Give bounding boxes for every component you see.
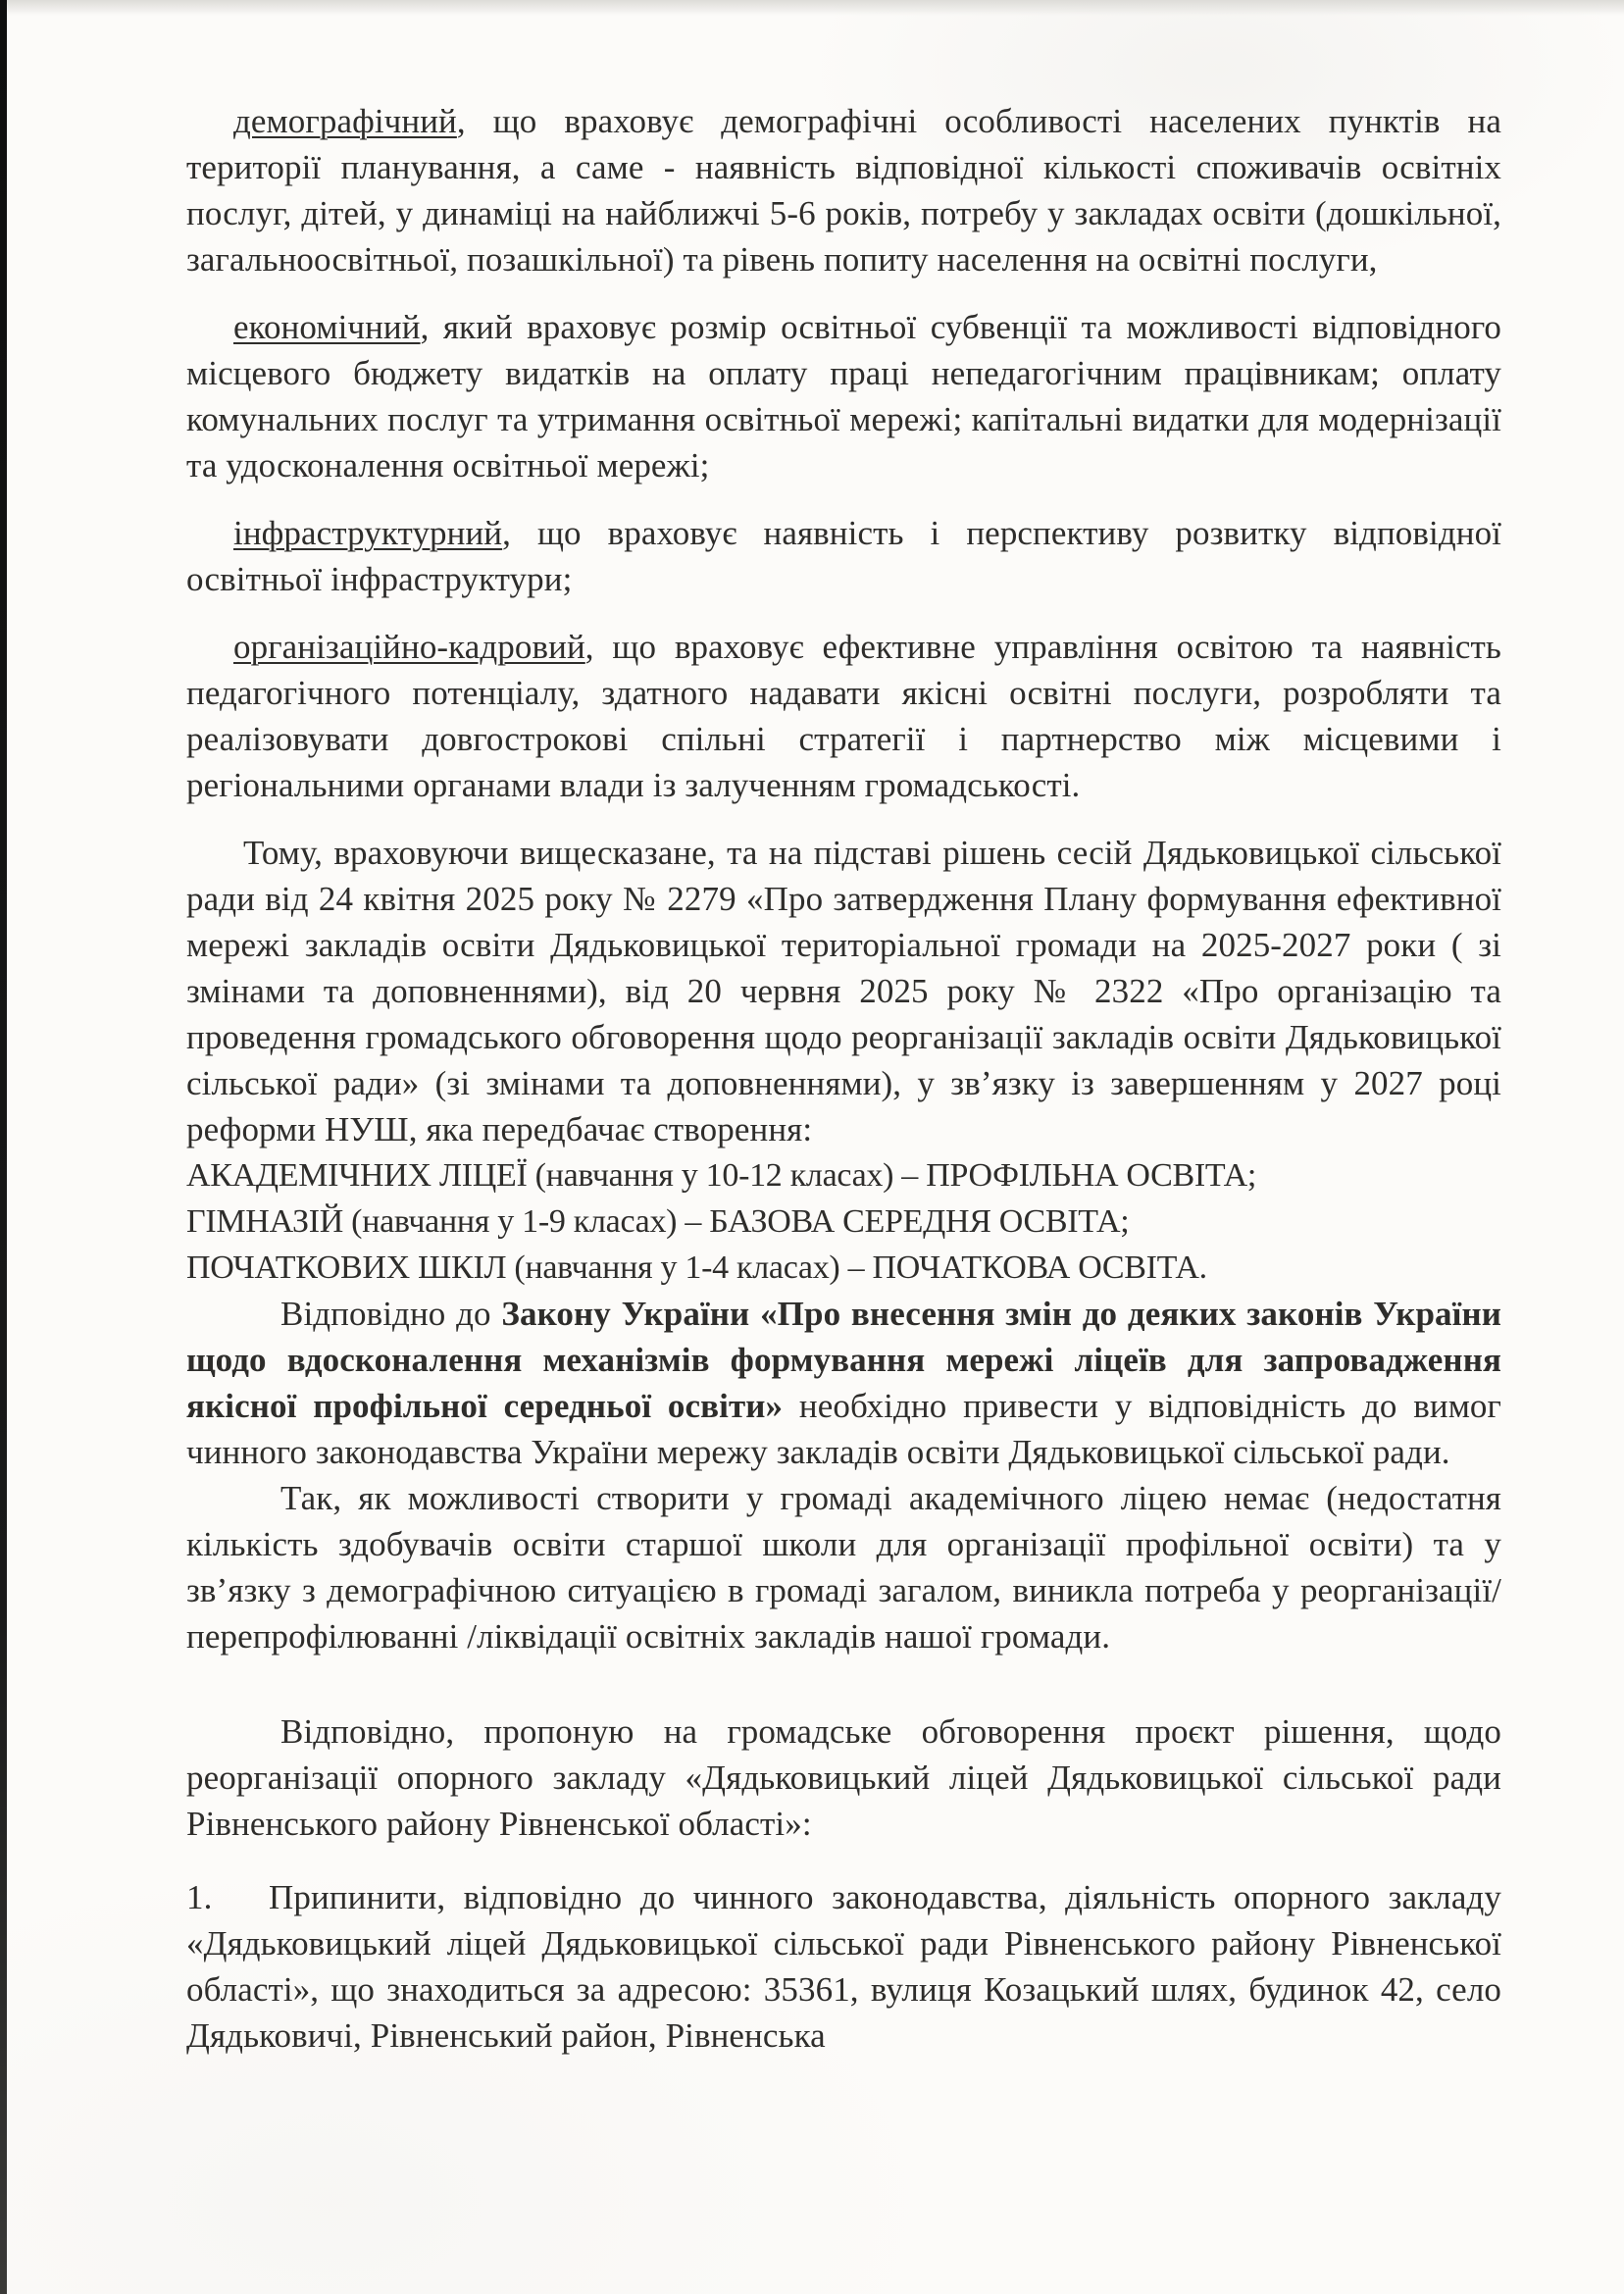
underline-text-run: організаційно-кадровий [233, 628, 585, 666]
underline-text-run: інфраструктурний [233, 514, 502, 552]
line-primary-schools: ПОЧАТКОВИХ ШКІЛ (навчання у 1-4 класах) … [186, 1245, 1501, 1291]
text-run: Відповідно до [280, 1295, 501, 1333]
para-organizational-criterion: організаційно-кадровий, що враховує ефек… [186, 624, 1501, 808]
text-run: Тому, враховуючи вищесказане, та на підс… [186, 834, 1501, 1148]
scan-top-shadow [0, 0, 1624, 16]
para-no-academic-lyceum: Так, як можливості створити у громаді ак… [186, 1475, 1501, 1659]
document-content: демографічний, що враховує демографічні … [186, 98, 1501, 2059]
para-proposal-public-discussion: Відповідно, пропоную на громадське обгов… [186, 1708, 1501, 1847]
scanned-page: демографічний, що враховує демографічні … [0, 0, 1624, 2294]
para-economic-criterion: економічний, який враховує розмір освітн… [186, 304, 1501, 488]
line-gymnasiums: ГІМНАЗІЙ (навчання у 1-9 класах) – БАЗОВ… [186, 1198, 1501, 1245]
text-run: Так, як можливості створити у громаді ак… [186, 1479, 1501, 1656]
para-infrastructure-criterion: інфраструктурний, що враховує наявність … [186, 510, 1501, 602]
text-run: Припинити, відповідно до чинного законод… [186, 1878, 1501, 2055]
text-run: ГІМНАЗІЙ (навчання у 1-9 класах) – БАЗОВ… [186, 1203, 1129, 1240]
text-run: Відповідно, пропоную на громадське обгов… [186, 1712, 1501, 1843]
underline-text-run: демографічний [233, 102, 457, 140]
number-text-run: 1. [186, 1874, 269, 1920]
line-academic-lyceums: АКАДЕМІЧНИХ ЛІЦЕЇ (навчання у 10-12 клас… [186, 1152, 1501, 1198]
para-law-reference: Відповідно до Закону України «Про внесен… [186, 1291, 1501, 1475]
scan-left-edge [0, 0, 7, 2294]
underline-text-run: економічний [233, 308, 421, 346]
para-demographic-criterion: демографічний, що враховує демографічні … [186, 98, 1501, 282]
text-run: АКАДЕМІЧНИХ ЛІЦЕЇ (навчання у 10-12 клас… [186, 1157, 1256, 1194]
text-run: ПОЧАТКОВИХ ШКІЛ (навчання у 1-4 класах) … [186, 1249, 1207, 1286]
para-item-1-terminate: 1.Припинити, відповідно до чинного закон… [186, 1874, 1501, 2059]
para-therefore-decisions: Тому, враховуючи вищесказане, та на підс… [186, 830, 1501, 1152]
